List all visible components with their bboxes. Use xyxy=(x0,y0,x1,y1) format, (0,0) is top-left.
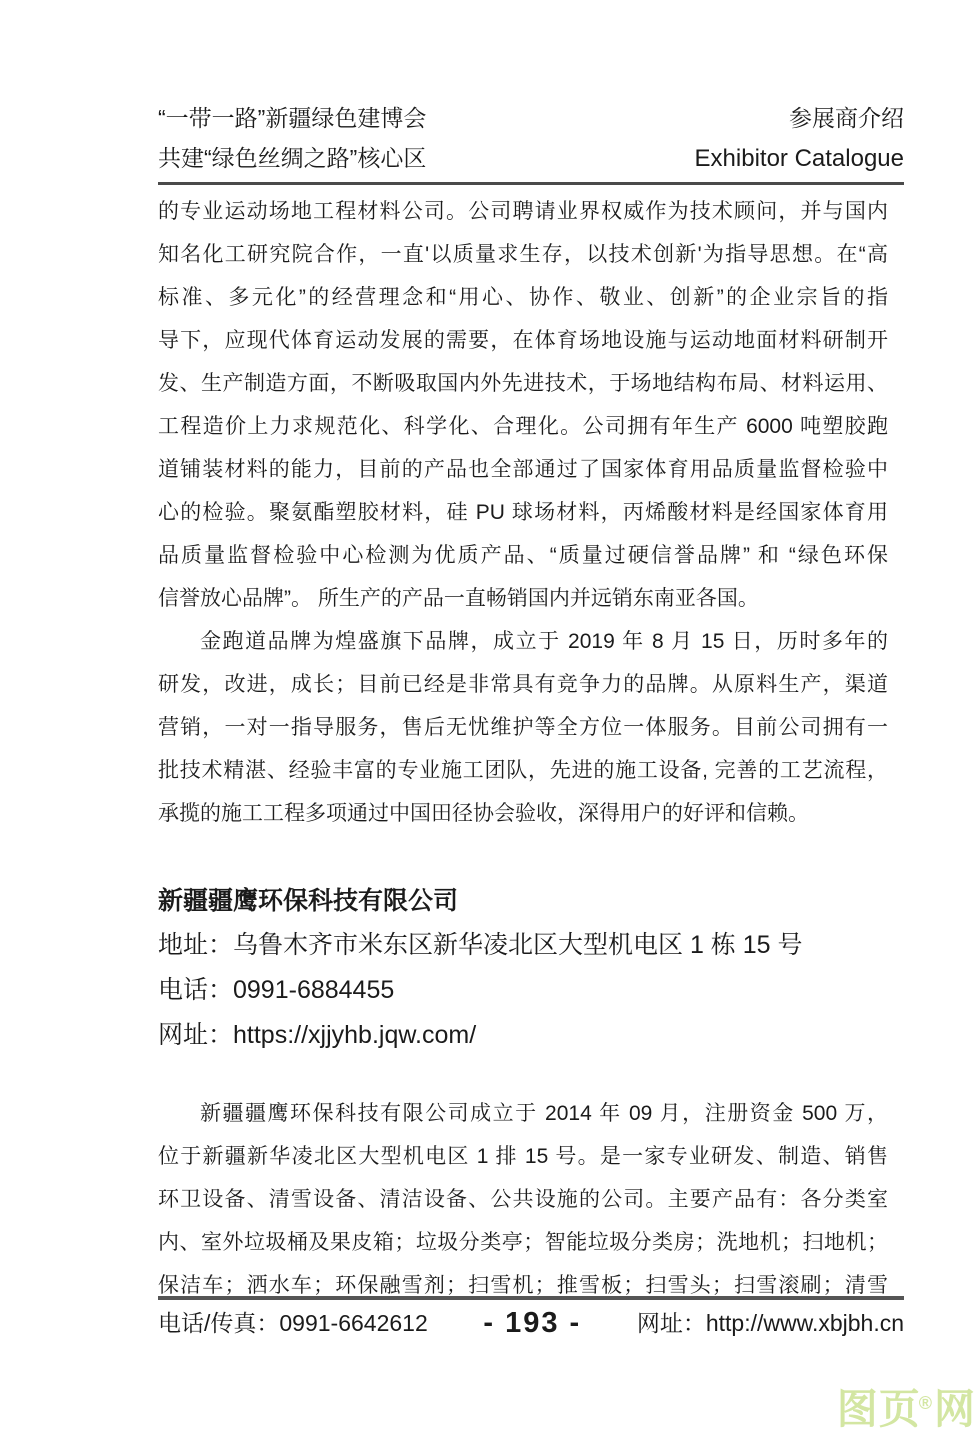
body-text-line: 导下，应现代体育运动发展的需要，在体育场地设施与运动地面材料研制开 xyxy=(158,319,888,362)
body-text-line: 新疆疆鹰环保科技有限公司成立于 2014 年 09 月，注册资金 500 万， xyxy=(158,1092,888,1135)
header-expo-title: “一带一路”新疆绿色建博会 xyxy=(158,98,426,138)
body-text-line: 品质量监督检验中心检测为优质产品、“质量过硬信誉品牌” 和 “绿色环保 xyxy=(158,534,888,577)
watermark-text-1: 图页 xyxy=(837,1386,921,1432)
header-section-title-cn: 参展商介绍 xyxy=(789,98,904,138)
watermark-text-2: 网 xyxy=(934,1386,976,1432)
body-text-line: 位于新疆新华凌北区大型机电区 1 排 15 号。是一家专业研发、制造、销售 xyxy=(158,1135,888,1178)
body-text-line: 道铺装材料的能力，目前的产品也全部通过了国家体育用品质量监督检验中 xyxy=(158,448,888,491)
header-expo-subtitle: 共建“绿色丝绸之路”核心区 xyxy=(158,138,426,178)
paragraph-company-description: 新疆疆鹰环保科技有限公司成立于 2014 年 09 月，注册资金 500 万，位… xyxy=(158,1092,904,1307)
body-text-line: 承揽的施工工程多项通过中国田径协会验收，深得用户的好评和信赖。 xyxy=(158,792,888,835)
company-contact-block: 地址：乌鲁木齐市米东区新华凌北区大型机电区 1 栋 15 号 电话：0991-6… xyxy=(158,923,904,1058)
header-section-title-en: Exhibitor Catalogue xyxy=(695,139,904,179)
header-rule xyxy=(158,182,904,185)
page-content: “一带一路”新疆绿色建博会 参展商介绍 共建“绿色丝绸之路”核心区 Exhibi… xyxy=(158,0,904,1307)
body-text-line: 批技术精湛、经验丰富的专业施工团队，先进的施工设备, 完善的工艺流程， xyxy=(158,749,888,792)
body-text-line: 环卫设备、清雪设备、清洁设备、公共设施的公司。主要产品有：各分类室 xyxy=(158,1178,888,1221)
body-text-line: 工程造价上力求规范化、科学化、合理化。公司拥有年生产 6000 吨塑胶跑 xyxy=(158,405,888,448)
body-text-line: 标准、多元化”的经营理念和“用心、协作、敬业、创新”的企业宗旨的指 xyxy=(158,276,888,319)
body-text-line: 的专业运动场地工程材料公司。公司聘请业界权威作为技术顾问，并与国内 xyxy=(158,190,888,233)
company-website: 网址：https://xjjyhb.jqw.com/ xyxy=(158,1013,904,1058)
header-row-1: “一带一路”新疆绿色建博会 参展商介绍 xyxy=(158,98,904,138)
paragraph-company-intro-1: 的专业运动场地工程材料公司。公司聘请业界权威作为技术顾问，并与国内知名化工研究院… xyxy=(158,190,904,620)
company-phone: 电话：0991-6884455 xyxy=(158,968,904,1013)
company-address: 地址：乌鲁木齐市米东区新华凌北区大型机电区 1 栋 15 号 xyxy=(158,923,904,968)
body-text-line: 研发，改进，成长；目前已经是非常具有竞争力的品牌。从原料生产，渠道 xyxy=(158,663,888,706)
body-text-line: 营销，一对一指导服务，售后无忧维护等全方位一体服务。目前公司拥有一 xyxy=(158,706,888,749)
page-number: - 193 - xyxy=(483,1307,581,1340)
body-text-line: 内、室外垃圾桶及果皮箱；垃圾分类亭；智能垃圾分类房；洗地机；扫地机； xyxy=(158,1221,888,1264)
footer-phone-fax: 电话/传真：0991-6642612 xyxy=(158,1303,428,1343)
body-text-line: 发、生产制造方面，不断吸取国内外先进技术，于场地结构布局、材料运用、 xyxy=(158,362,888,405)
footer-website: 网址：http://www.xbjbh.cn xyxy=(637,1303,904,1343)
header-row-2: 共建“绿色丝绸之路”核心区 Exhibitor Catalogue xyxy=(158,138,904,179)
catalogue-page: “一带一路”新疆绿色建博会 参展商介绍 共建“绿色丝绸之路”核心区 Exhibi… xyxy=(0,0,980,1439)
paragraph-company-intro-2: 金跑道品牌为煌盛旗下品牌，成立于 2019 年 8 月 15 日，历时多年的研发… xyxy=(158,620,904,835)
body-text-line: 心的检验。聚氨酯塑胶材料，硅 PU 球场材料，丙烯酸材料是经国家体育用 xyxy=(158,491,888,534)
registered-trademark-icon: ® xyxy=(919,1393,933,1413)
footer-rule xyxy=(158,1296,904,1300)
body-text-line: 保洁车；洒水车；环保融雪剂；扫雪机；推雪板；扫雪头；扫雪滚刷；清雪 xyxy=(158,1264,888,1307)
watermark-tuyewang: 图页®网 xyxy=(837,1389,976,1430)
body-text-line: 信誉放心品牌”。 所生产的产品一直畅销国内并远销东南亚各国。 xyxy=(158,577,888,620)
company-name: 新疆疆鹰环保科技有限公司 xyxy=(158,879,904,923)
body-text-line: 金跑道品牌为煌盛旗下品牌，成立于 2019 年 8 月 15 日，历时多年的 xyxy=(158,620,888,663)
page-footer: 电话/传真：0991-6642612 - 193 - 网址：http://www… xyxy=(158,1303,904,1343)
body-text-line: 知名化工研究院合作，一直'以质量求生存，以技术创新'为指导思想。在“高 xyxy=(158,233,888,276)
page-header: “一带一路”新疆绿色建博会 参展商介绍 共建“绿色丝绸之路”核心区 Exhibi… xyxy=(158,0,904,185)
